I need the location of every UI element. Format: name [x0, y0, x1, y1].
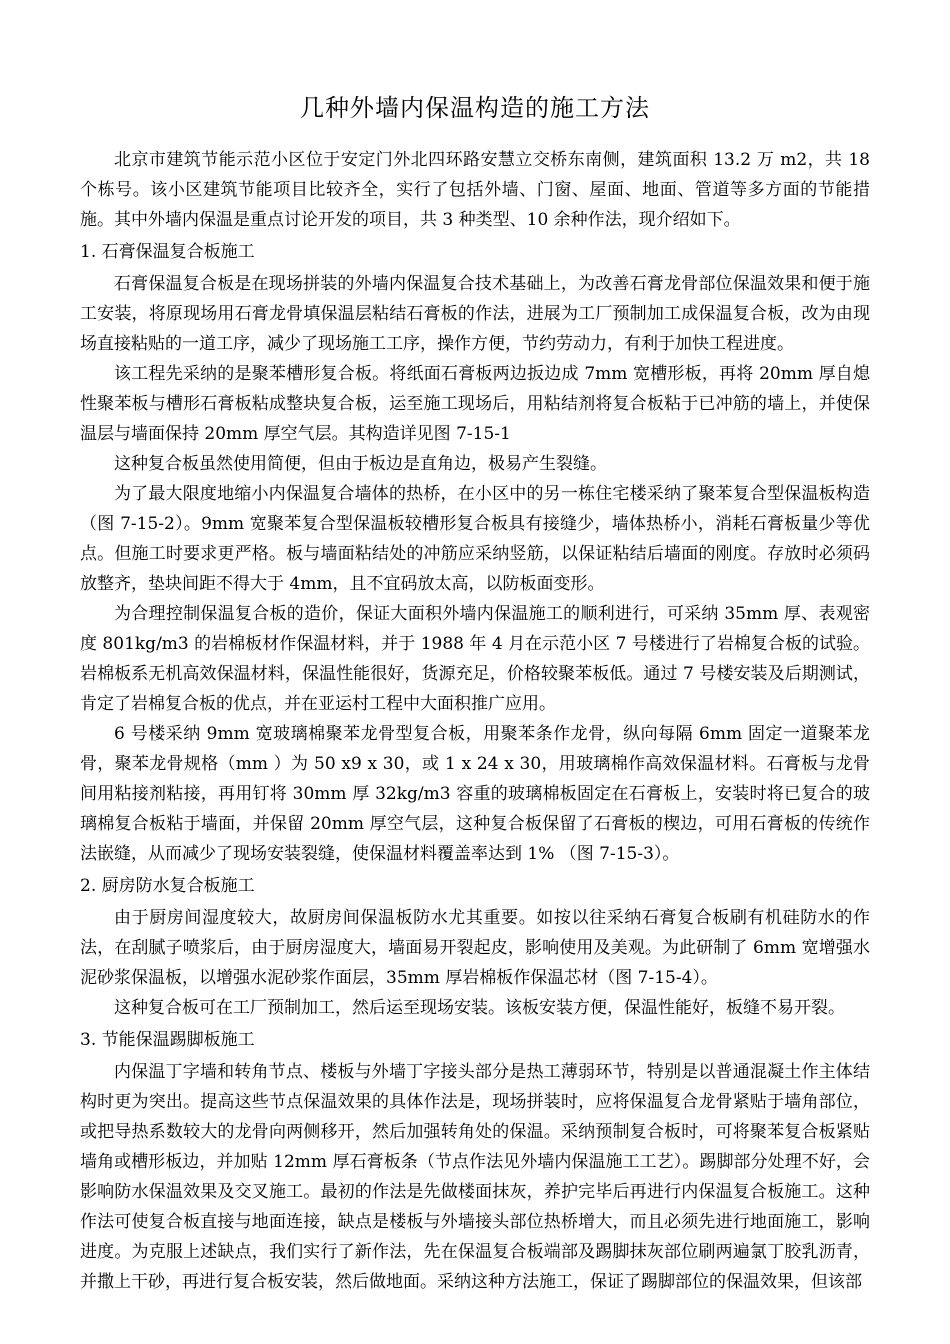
paragraph-intro: 北京市建筑节能示范小区位于安定门外北四环路安慧立交桥东南侧，建筑面积 13.2 … [80, 145, 870, 235]
paragraph: 这种复合板可在工厂预制加工，然后运至现场安装。该板安装方便，保温性能好，板缝不易… [80, 993, 870, 1023]
document-page: 几种外墙内保温构造的施工方法 北京市建筑节能示范小区位于安定门外北四环路安慧立交… [0, 0, 950, 1344]
section-heading-1: 1. 石膏保温复合板施工 [80, 237, 870, 267]
page-title: 几种外墙内保温构造的施工方法 [80, 88, 870, 123]
section-heading-2: 2. 厨房防水复合板施工 [80, 871, 870, 901]
paragraph: 这种复合板虽然使用简便，但由于板边是直角边，极易产生裂缝。 [80, 449, 870, 479]
paragraph: 内保温丁字墙和转角节点、楼板与外墙丁字接头部分是热工薄弱环节，特别是以普通混凝土… [80, 1057, 870, 1297]
paragraph: 为合理控制保温复合板的造价，保证大面积外墙内保温施工的顺利进行，可采纳 35mm… [80, 599, 870, 719]
paragraph: 该工程先采纳的是聚苯槽形复合板。将纸面石膏板两边扳边成 7mm 宽槽形板，再将 … [80, 359, 870, 449]
paragraph: 为了最大限度地缩小内保温复合墙体的热桥，在小区中的另一栋住宅楼采纳了聚苯复合型保… [80, 479, 870, 599]
paragraph: 由于厨房间湿度较大，故厨房间保温板防水尤其重要。如按以往采纳石膏复合板刷有机硅防… [80, 903, 870, 993]
section-heading-3: 3. 节能保温踢脚板施工 [80, 1025, 870, 1055]
paragraph: 石膏保温复合板是在现场拼装的外墙内保温复合技术基础上，为改善石膏龙骨部位保温效果… [80, 269, 870, 359]
paragraph: 6 号楼采纳 9mm 宽玻璃棉聚苯龙骨型复合板，用聚苯条作龙骨，纵向每隔 6mm… [80, 719, 870, 869]
